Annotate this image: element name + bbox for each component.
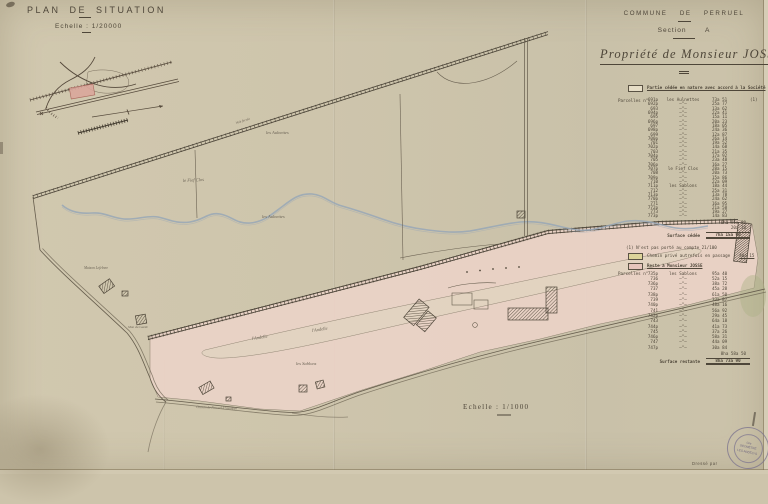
railway-top: [33, 32, 548, 199]
map-label-aulnettes-mid: les Aulnettes: [262, 214, 285, 219]
legend-reste-label: Reste à Monsieur JOSSE: [647, 264, 702, 268]
property-title: Propriété de Monsieur JOSSE: [600, 47, 768, 65]
map-label-maison-a: Maison Lefebvre: [83, 266, 109, 270]
situation-scale: Echelle : 1/20000: [55, 23, 166, 30]
rule: [673, 38, 695, 39]
total-ceded-label: Surface cédée: [630, 234, 706, 238]
table-row: 743 —"— 64a 18: [616, 319, 768, 324]
table-row: 747 —"— 44a 09: [616, 340, 768, 345]
map-label-aulnettes-top: les Aulnettes: [266, 130, 289, 135]
stamp-text: Gre GÉOMÈTRE LES ANDELYS: [731, 431, 765, 465]
subtotal: 20a 10: [700, 226, 746, 230]
legend-swatch-white: [628, 85, 643, 92]
total-rest-label: Surface restante: [630, 360, 706, 364]
table-row: 737 —"— 45a 28: [616, 287, 768, 292]
footnote: (1) N'est pas porté au compte 21/100: [626, 246, 717, 250]
table-rest: 735p les Sablons 95a 40 736 —"— 52a 15 7…: [616, 271, 768, 350]
total-ceded-value: 7ha 15a 90: [706, 232, 750, 239]
table-row: 736p —"— 38a 72: [616, 282, 768, 287]
commune-title: COMMUNE DE PERRUEL: [600, 10, 768, 17]
legend-chemin: Chemin privé autrefois en passage : 40a …: [628, 253, 754, 260]
dressed-by-label: Dressé par: [692, 461, 717, 466]
legend-chemin-label: Chemin privé autrefois en passage :: [647, 254, 735, 258]
parcel-lines: [195, 61, 517, 260]
rule: [79, 17, 91, 18]
vertical-path: [525, 38, 528, 236]
subtotal: 8ha 58a 50: [700, 352, 746, 356]
legend-chemin-value: 40a 15: [739, 254, 754, 258]
map-label-fief-clos: le Fief Clos: [183, 177, 204, 183]
table-row: 742p —"— 29a 45: [616, 313, 768, 318]
svg-text:Echelle : 1/1000: Echelle : 1/1000: [463, 403, 529, 411]
total-ceded: Surface cédée 7ha 15a 90: [630, 232, 758, 239]
table-row: 746p —"— 58a 31: [616, 335, 768, 340]
rule: [679, 71, 689, 72]
legend-ceded-label: Partie cédée en nature avec accord à la …: [647, 86, 766, 90]
total-rest: Surface restante 8ha 73a 90: [630, 358, 758, 365]
legend-reste: Reste à Monsieur JOSSE: [628, 263, 702, 270]
legend-ceded: Partie cédée en nature avec accord à la …: [628, 85, 766, 92]
total-rest-value: 8ha 73a 90: [706, 358, 750, 365]
rail-segment: [78, 120, 128, 133]
map-label-road: Chemin de Perruel à Vascœuil: [196, 405, 237, 410]
parcel-tables: Partie cédée en nature avec accord à la …: [616, 84, 768, 376]
header-block: COMMUNE DE PERRUEL Section A Propriété d…: [600, 10, 768, 72]
table-row: 735p les Sablons 95a 40: [616, 271, 768, 276]
table-row: 741 —"— 56a 92: [616, 308, 768, 313]
situation-block: PLAN DE SITUATION Echelle : 1/20000: [27, 5, 166, 33]
rule: [678, 21, 691, 22]
table-row: 740p —"— 48a 16: [616, 303, 768, 308]
table-row: 773p —"— 14a 83: [616, 214, 768, 218]
table-ceded: 691p les Aulnettes 73a 51 (1) 692p —"— 2…: [616, 98, 768, 219]
map-label-maison-b: Mon du Garde: [127, 325, 148, 329]
table-row: 738p —"— 61a 50: [616, 292, 768, 297]
scanned-plan-sheet: le Fief Clos les Aulnettes les Aulnettes…: [0, 0, 768, 474]
legend-swatch-yellow: [628, 253, 643, 260]
table-row: 736 —"— 52a 15: [616, 276, 768, 281]
table-row: 745 —"— 37a 26: [616, 329, 768, 334]
situation-sketch: [30, 57, 179, 118]
north-arrow: [92, 105, 163, 117]
map-label-railway: Voie ferrée: [235, 117, 251, 125]
situation-title: PLAN DE SITUATION: [27, 5, 166, 15]
section-title: Section A: [600, 27, 768, 34]
table-row: 747p —"— 30a 84: [616, 345, 768, 350]
table-row: 744p —"— 41a 73: [616, 324, 768, 329]
situation-property-highlight: [69, 84, 95, 99]
legend-swatch-pink: [628, 263, 643, 270]
main-scale: Echelle : 1/1000: [463, 403, 529, 415]
map-label-sablons: les Sablons: [296, 361, 317, 366]
table-row: 739 —"— 33a 87: [616, 297, 768, 302]
rule: [82, 32, 91, 33]
